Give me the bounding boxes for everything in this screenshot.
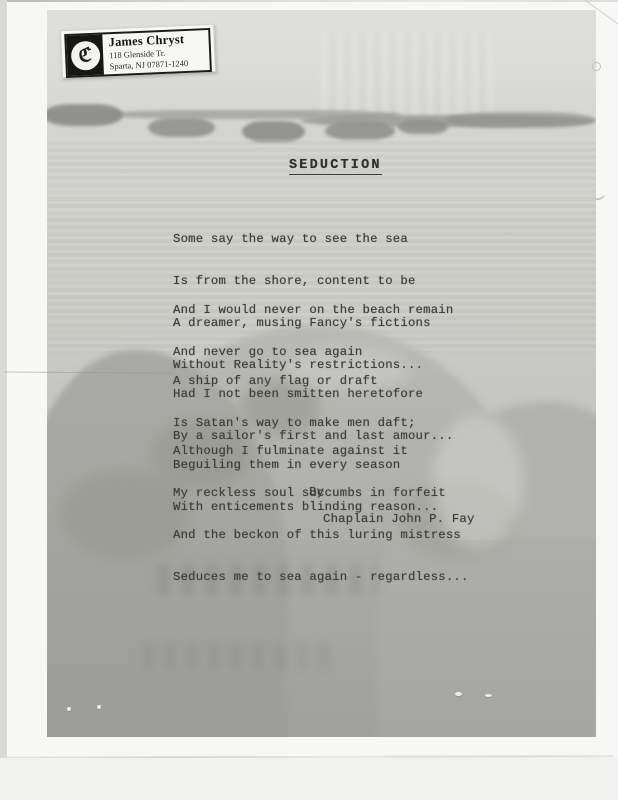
label-address-line2: Sparta, NJ 07871-1240	[109, 58, 188, 72]
paper-speck	[455, 692, 462, 696]
address-label: ℭ James Chryst 118 Glenside Tr. Sparta, …	[60, 24, 216, 78]
monogram-logo: ℭ	[66, 34, 104, 75]
ring-mark	[592, 62, 601, 71]
paper-speck	[97, 705, 101, 709]
poem-line: And I would never on the beach remain	[173, 303, 453, 317]
poem-line: Although I fulminate against it	[173, 444, 469, 458]
poem-line: And the beckon of this luring mistress	[173, 528, 469, 542]
sky-streaks	[322, 32, 492, 117]
bleed-through-text	[142, 644, 334, 670]
scan-left-edge	[0, 0, 7, 800]
horizon-island	[445, 112, 596, 128]
scanner-background	[0, 758, 618, 800]
paper-speck	[485, 694, 492, 697]
monogram-letter: ℭ	[78, 44, 92, 67]
scanned-page: ℭ James Chryst 118 Glenside Tr. Sparta, …	[0, 0, 618, 800]
scan-top-edge	[0, 0, 618, 2]
label-text: James Chryst 118 Glenside Tr. Sparta, NJ…	[102, 31, 188, 75]
paper-speck	[67, 707, 71, 711]
poem-line: Some say the way to see the sea	[173, 232, 431, 246]
horizon-island	[398, 120, 448, 134]
horizon-island	[148, 118, 215, 137]
poem-author: Chaplain John P. Fay	[323, 512, 475, 526]
byline-prefix: By	[309, 485, 324, 499]
monogram-c-icon: ℭ	[70, 40, 100, 70]
poem-line: Seduces me to sea again - regardless...	[173, 570, 469, 584]
poem-title: SEDUCTION	[289, 159, 382, 175]
poem-line: A ship of any flag or draft	[173, 374, 438, 388]
label-frame: ℭ James Chryst 118 Glenside Tr. Sparta, …	[64, 28, 212, 78]
